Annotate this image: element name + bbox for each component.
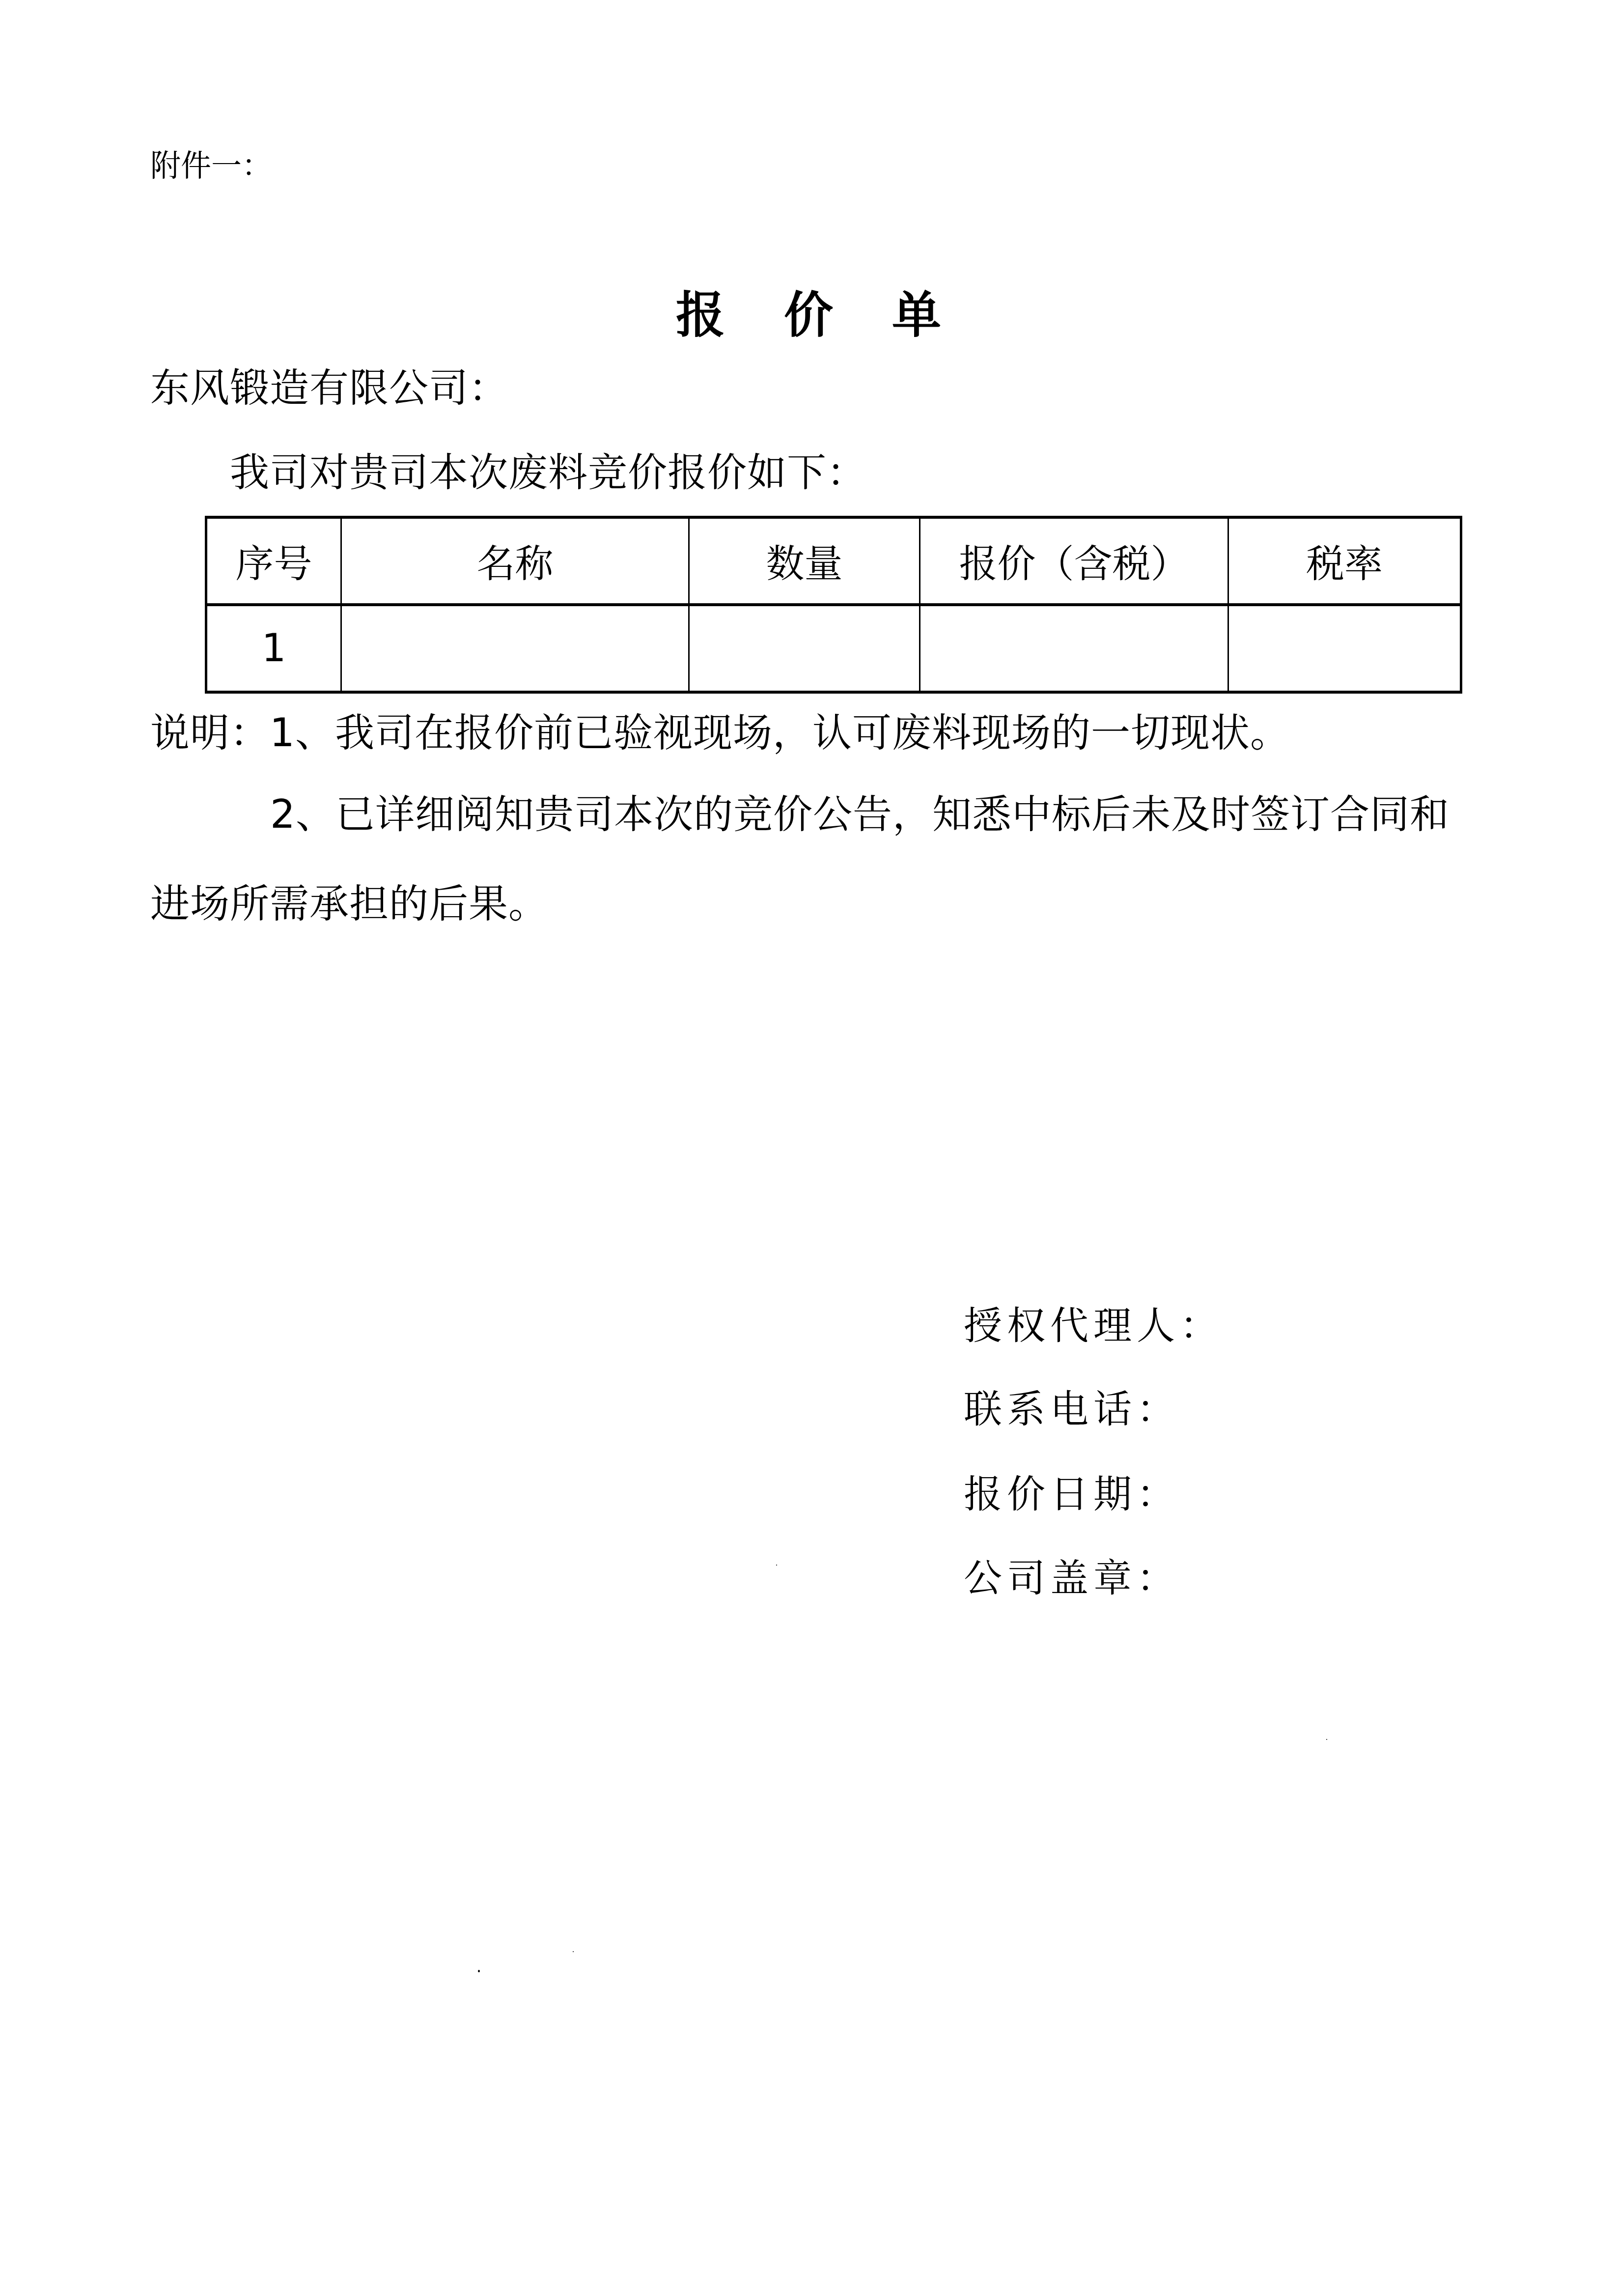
- cell-quantity[interactable]: [689, 605, 920, 692]
- scan-speck: [573, 1951, 574, 1952]
- note-line-3: 进场所需承担的后果。: [150, 880, 548, 927]
- table-header-row: 序号 名称 数量 报价（含税） 税率: [206, 517, 1461, 605]
- attachment-label: 附件一：: [150, 146, 272, 186]
- scan-speck: [776, 1565, 777, 1566]
- scan-speck: [1326, 1739, 1327, 1740]
- company-seal-label: 公司盖章：: [964, 1555, 1180, 1602]
- cell-name[interactable]: [341, 605, 689, 692]
- title-char-1: 报: [676, 286, 754, 344]
- note-line-1: 说明：1、我司在报价前已验视现场，认可废料现场的一切现状。: [150, 709, 1290, 756]
- table-row: 1: [206, 605, 1461, 692]
- cell-tax-rate[interactable]: [1228, 605, 1461, 692]
- cell-index: 1: [206, 605, 341, 692]
- intro-paragraph: 我司对贵司本次废料竞价报价如下：: [230, 449, 866, 496]
- quote-date-label: 报价日期：: [964, 1471, 1180, 1518]
- header-quantity: 数量: [689, 517, 920, 605]
- header-name: 名称: [341, 517, 689, 605]
- document-title: 报价单: [0, 278, 1617, 352]
- title-char-2: 价: [784, 286, 863, 344]
- header-price-incl-tax: 报价（含税）: [920, 517, 1228, 605]
- quote-table: 序号 名称 数量 报价（含税） 税率 1: [205, 516, 1462, 694]
- note-line-2: 2、已详细阅知贵司本次的竞价公告，知悉中标后未及时签订合同和: [270, 791, 1450, 838]
- cell-price-incl-tax[interactable]: [920, 605, 1228, 692]
- contact-phone-label: 联系电话：: [964, 1386, 1180, 1433]
- addressee: 东风锻造有限公司：: [150, 364, 508, 412]
- authorized-agent-label: 授权代理人：: [964, 1303, 1223, 1350]
- header-tax-rate: 税率: [1228, 517, 1461, 605]
- title-char-3: 单: [892, 286, 971, 344]
- header-index: 序号: [206, 517, 341, 605]
- scan-speck: [478, 1970, 480, 1972]
